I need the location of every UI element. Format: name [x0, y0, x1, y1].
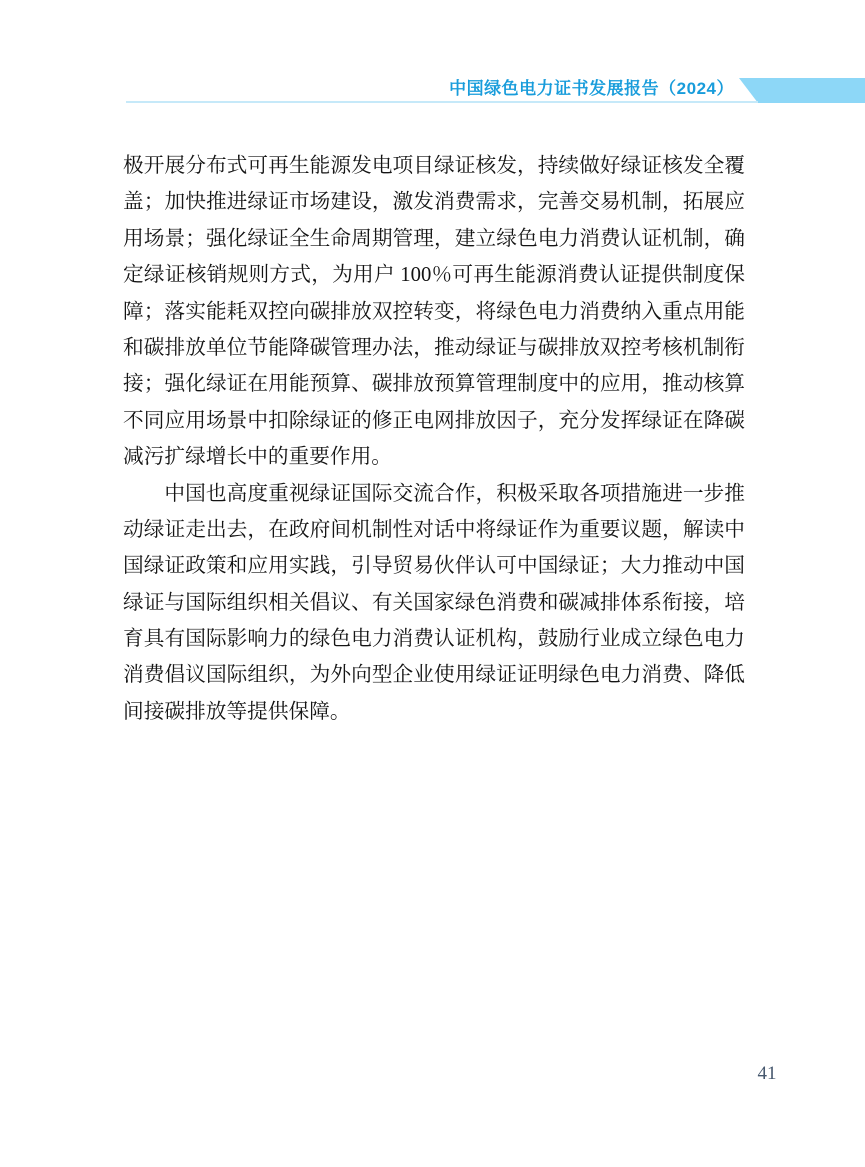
text-line: 极开展分布式可再生能源发电项目绿证核发，持续做好绿证核发全覆 [123, 148, 745, 184]
header-accent-shape [739, 78, 865, 103]
text-line: 盖；加快推进绿证市场建设，激发消费需求，完善交易机制，拓展应 [123, 184, 745, 220]
text-line: 用场景；强化绿证全生命周期管理，建立绿色电力消费认证机制，确 [123, 221, 745, 257]
text-line: 间接碳排放等提供保障。 [123, 694, 745, 730]
text-line: 接；强化绿证在用能预算、碳排放预算管理制度中的应用，推动核算 [123, 366, 745, 402]
text-line: 减污扩绿增长中的重要作用。 [123, 439, 745, 475]
text-line: 障；落实能耗双控向碳排放双控转变，将绿色电力消费纳入重点用能 [123, 294, 745, 330]
header-underline [126, 101, 758, 103]
text-line: 育具有国际影响力的绿色电力消费认证机构，鼓励行业成立绿色电力 [123, 621, 745, 657]
page-number: 41 [751, 1061, 783, 1087]
page-header-title: 中国绿色电力证书发展报告（2024） [449, 77, 734, 101]
text-line: 不同应用场景中扣除绿证的修正电网排放因子，充分发挥绿证在降碳 [123, 403, 745, 439]
text-line: 消费倡议国际组织，为外向型企业使用绿证证明绿色电力消费、降低 [123, 657, 745, 693]
text-line: 中国也高度重视绿证国际交流合作，积极采取各项措施进一步推 [123, 476, 745, 512]
text-line: 绿证与国际组织相关倡议、有关国家绿色消费和碳减排体系衔接，培 [123, 585, 745, 621]
text-line: 和碳排放单位节能降碳管理办法，推动绿证与碳排放双控考核机制衔 [123, 330, 745, 366]
document-page: 中国绿色电力证书发展报告（2024） 极开展分布式可再生能源发电项目绿证核发，持… [0, 0, 865, 1167]
text-line: 定绿证核销规则方式，为用户 100％可再生能源消费认证提供制度保 [123, 257, 745, 293]
body-text: 极开展分布式可再生能源发电项目绿证核发，持续做好绿证核发全覆盖；加快推进绿证市场… [123, 148, 745, 730]
text-line: 国绿证政策和应用实践，引导贸易伙伴认可中国绿证；大力推动中国 [123, 548, 745, 584]
text-line: 动绿证走出去，在政府间机制性对话中将绿证作为重要议题，解读中 [123, 512, 745, 548]
